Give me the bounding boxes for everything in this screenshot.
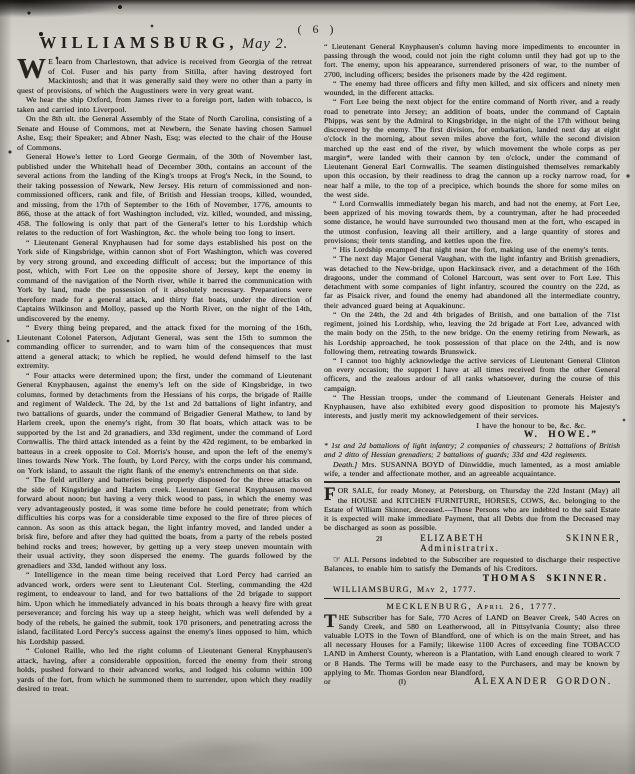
left-paragraph-2: We hear the ship Oxford, from James rive…: [17, 95, 312, 114]
left-column: WE learn from Charlestown, that advice i…: [17, 57, 312, 694]
right-paragraph-8: “ I cannot too highly acknowledge the ac…: [324, 356, 620, 393]
administratrix-signature: ELIZABETH SKINNER, Administratrix.: [420, 533, 620, 555]
mecklenburg-ad: MECKLENBURG, April 26, 1777. THE Subscri…: [324, 602, 620, 689]
left-paragraph-10: “ Colonel Raille, who led the right colu…: [17, 646, 312, 694]
for-sale-signature-line: 2‖ ELIZABETH SKINNER, Administratrix.: [324, 533, 620, 555]
left-paragraph-3: On the 8th ult. the General Assembly of …: [17, 114, 312, 152]
howe-signature: W. HOWE.”: [324, 430, 620, 441]
left-paragraph-5: “ Lieutenant General Knyphausen had for …: [17, 238, 312, 324]
mecklenburg-dateline: MECKLENBURG, April 26, 1777.: [324, 602, 620, 612]
masthead-city: WILLIAMSBURG,: [40, 33, 238, 52]
for-sale-ad: FOR SALE, for ready Money, at Petersburg…: [324, 486, 620, 554]
masthead-date: May 2.: [242, 36, 288, 52]
section-rule: [324, 481, 620, 483]
section-rule: [324, 598, 620, 599]
drop-cap-f: F: [324, 486, 338, 502]
tail-word: or: [324, 677, 331, 686]
right-paragraph-9: “ The Hessian troops, under the command …: [324, 393, 620, 421]
death-text: Mrs. SUSANNA BOYD of Dinwiddie, much lam…: [324, 460, 620, 478]
right-paragraph-5: “ His Lordship encamped that night near …: [324, 245, 620, 254]
paragraph-text: E learn from Charlestown, that advice is…: [17, 57, 312, 95]
left-paragraph-9: “ Intelligence in the mean time being re…: [17, 570, 312, 646]
thomas-skinner-signature: THOMAS SKINNER.: [324, 574, 620, 585]
left-paragraph-4: General Howe's letter to Lord George Ger…: [17, 152, 312, 238]
for-sale-text: OR SALE, for ready Money, at Petersburg,…: [324, 486, 620, 532]
alexander-gordon-signature: ALEXANDER GORDON.: [474, 677, 612, 688]
left-paragraph-6: “ Every thing being prepared, and the at…: [17, 323, 312, 371]
reference-mark: (‖): [398, 677, 406, 686]
right-paragraph-3: “ Fort Lee being the next object for the…: [324, 97, 620, 199]
right-paragraph-1: “ Lieutenant General Knyphausen's column…: [324, 42, 620, 79]
death-notice: Death.] Mrs. SUSANNA BOYD of Dinwiddie, …: [324, 460, 620, 478]
left-paragraph-8: “ The field artillery and batteries bein…: [17, 475, 312, 570]
drop-cap-w: W: [17, 57, 48, 81]
printers-fist-icon: ☞: [333, 554, 341, 564]
williamsburg-dateline: WILLIAMSBURG, May 2, 1777.: [324, 585, 620, 595]
troops-footnote: * 1st and 2d battalions of light infantr…: [324, 442, 620, 460]
right-paragraph-7: “ On the 24th, the 2d and 4th brigades o…: [324, 310, 620, 356]
debts-notice: ☞ ALL Persons indebted to the Subscriber…: [324, 554, 620, 594]
masthead: WILLIAMSBURG,May 2.: [16, 33, 312, 53]
reference-mark: 2‖: [376, 534, 382, 543]
death-label: Death.]: [333, 460, 357, 469]
right-paragraph-4: “ Lord Cornwallis immediately began his …: [324, 199, 620, 245]
drop-cap-t: T: [324, 613, 339, 629]
debts-notice-text: ALL Persons indebted to the Subscriber a…: [324, 555, 620, 573]
right-paragraph-2: “ The enemy had three officers and fifty…: [324, 79, 620, 97]
newspaper-page: ( 6 ) WILLIAMSBURG,May 2. WE learn from …: [0, 0, 635, 774]
right-paragraph-6: “ The next day Major General Vaughan, wi…: [324, 254, 620, 309]
mecklenburg-text: HE Subscriber has for Sale, 770 Acres of…: [324, 613, 620, 677]
right-column: “ Lieutenant General Knyphausen's column…: [324, 42, 620, 689]
howe-letter-closing: I have the honour to be, &c. &c.: [324, 421, 620, 430]
left-paragraph-7: “ Four attacks were determined upon; the…: [17, 371, 312, 476]
gordon-signature-line: or (‖) ALEXANDER GORDON.: [324, 677, 620, 688]
left-paragraph-1: WE learn from Charlestown, that advice i…: [17, 57, 312, 95]
